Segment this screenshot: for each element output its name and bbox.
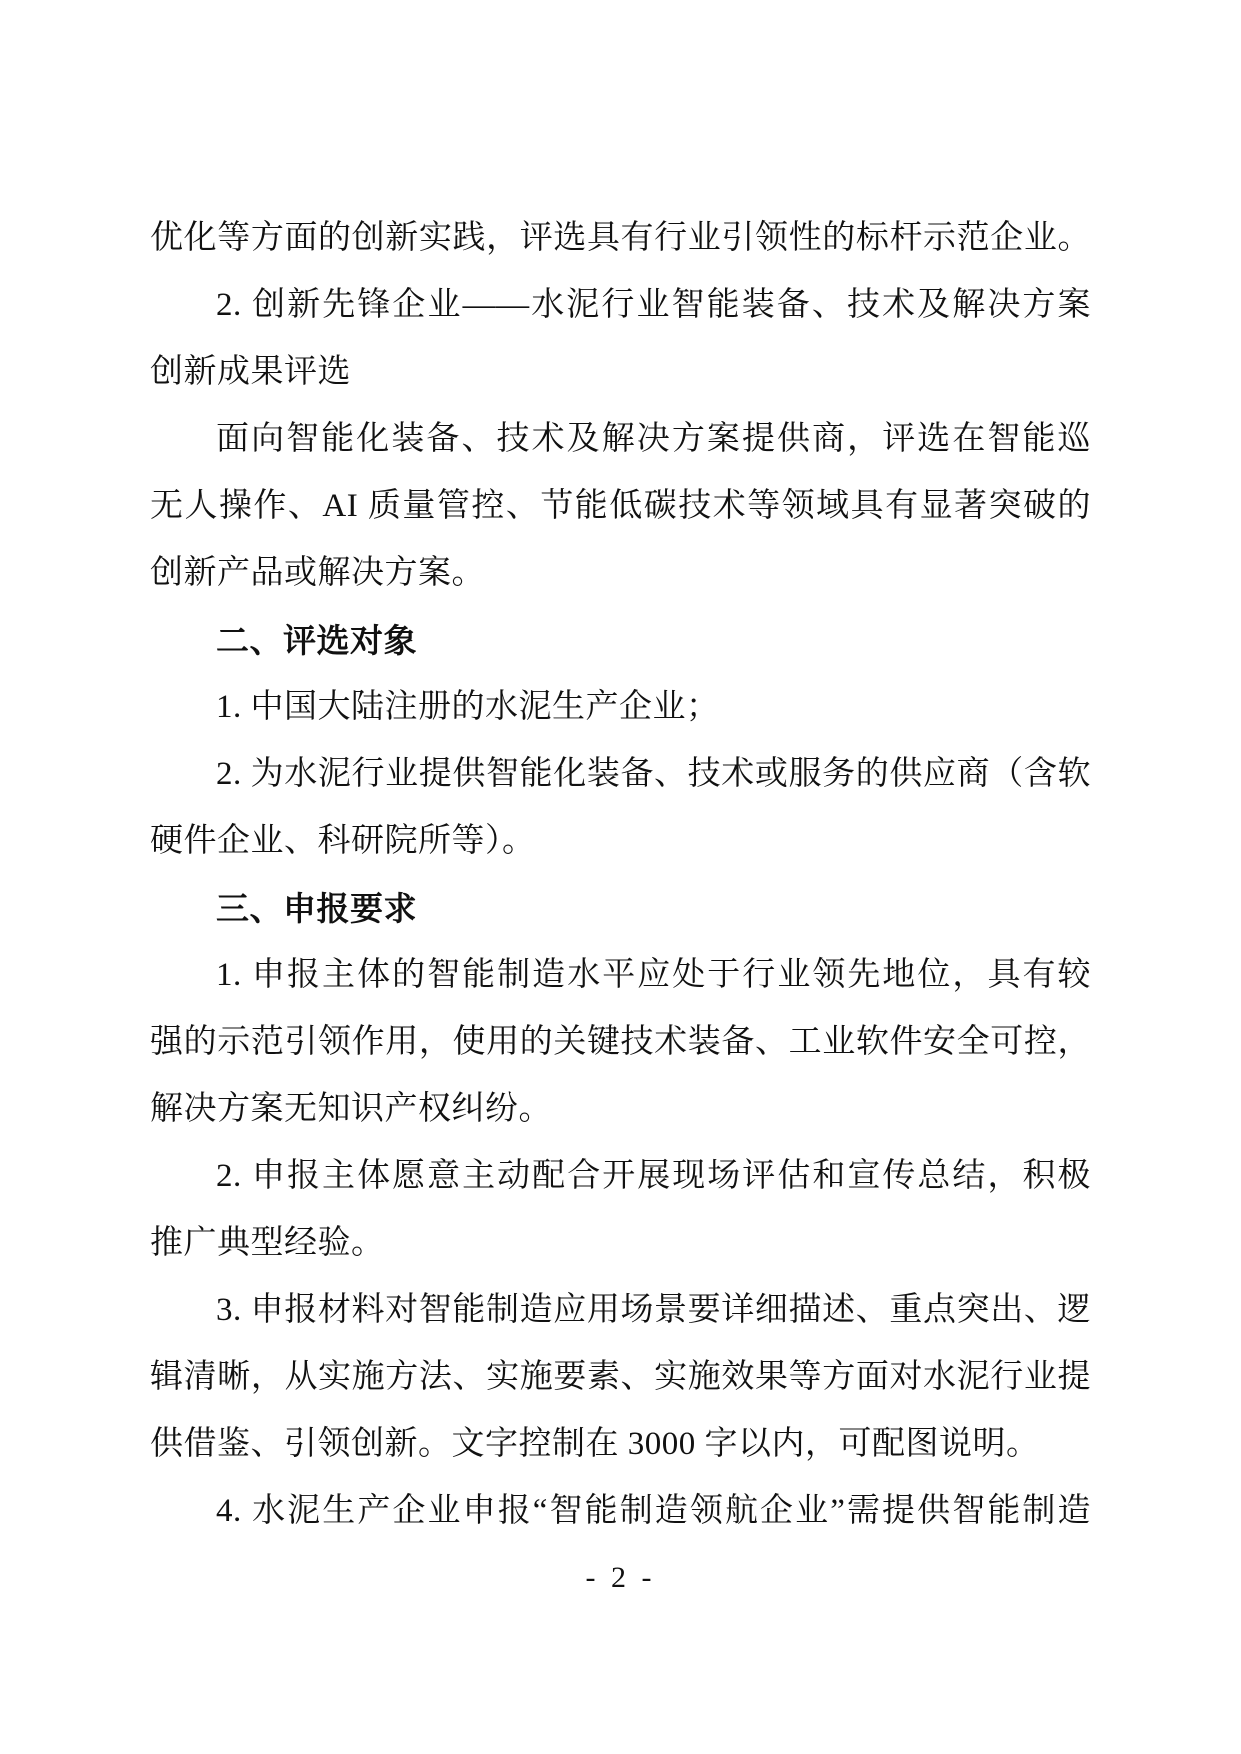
body-line: 无人操作、AI 质量管控、节能低碳技术等领域具有显著突破的 xyxy=(150,473,1091,540)
body-line: 硬件企业、科研院所等）。 xyxy=(150,808,1091,875)
body-line: 辑清晰，从实施方法、实施要素、实施效果等方面对水泥行业提 xyxy=(150,1344,1091,1411)
body-line: 2. 创新先锋企业——水泥行业智能装备、技术及解决方案 xyxy=(150,272,1091,339)
document-body: 优化等方面的创新实践，评选具有行业引领性的标杆示范企业。 2. 创新先锋企业——… xyxy=(150,205,1091,1545)
section-heading-evaluation-targets: 二、评选对象 xyxy=(150,607,1091,674)
body-line: 2. 申报主体愿意主动配合开展现场评估和宣传总结，积极 xyxy=(150,1143,1091,1210)
body-line: 3. 申报材料对智能制造应用场景要详细描述、重点突出、逻 xyxy=(150,1277,1091,1344)
body-line: 强的示范引领作用，使用的关键技术装备、工业软件安全可控， xyxy=(150,1009,1091,1076)
page-number: - 2 - xyxy=(0,1558,1241,1598)
body-line: 创新成果评选 xyxy=(150,339,1091,406)
body-line: 解决方案无知识产权纠纷。 xyxy=(150,1076,1091,1143)
body-line: 1. 中国大陆注册的水泥生产企业； xyxy=(150,674,1091,741)
body-line: 供借鉴、引领创新。文字控制在 3000 字以内，可配图说明。 xyxy=(150,1411,1091,1478)
body-line: 创新产品或解决方案。 xyxy=(150,540,1091,607)
body-line: 4. 水泥生产企业申报“智能制造领航企业”需提供智能制造 xyxy=(150,1478,1091,1545)
body-line: 面向智能化装备、技术及解决方案提供商，评选在智能巡检、 xyxy=(150,406,1091,473)
document-page: 优化等方面的创新实践，评选具有行业引领性的标杆示范企业。 2. 创新先锋企业——… xyxy=(0,0,1241,1754)
body-line: 优化等方面的创新实践，评选具有行业引领性的标杆示范企业。 xyxy=(150,205,1091,272)
body-line: 2. 为水泥行业提供智能化装备、技术或服务的供应商（含软 xyxy=(150,741,1091,808)
body-line: 推广典型经验。 xyxy=(150,1210,1091,1277)
section-heading-application-requirements: 三、申报要求 xyxy=(150,875,1091,942)
body-line: 1. 申报主体的智能制造水平应处于行业领先地位，具有较 xyxy=(150,942,1091,1009)
